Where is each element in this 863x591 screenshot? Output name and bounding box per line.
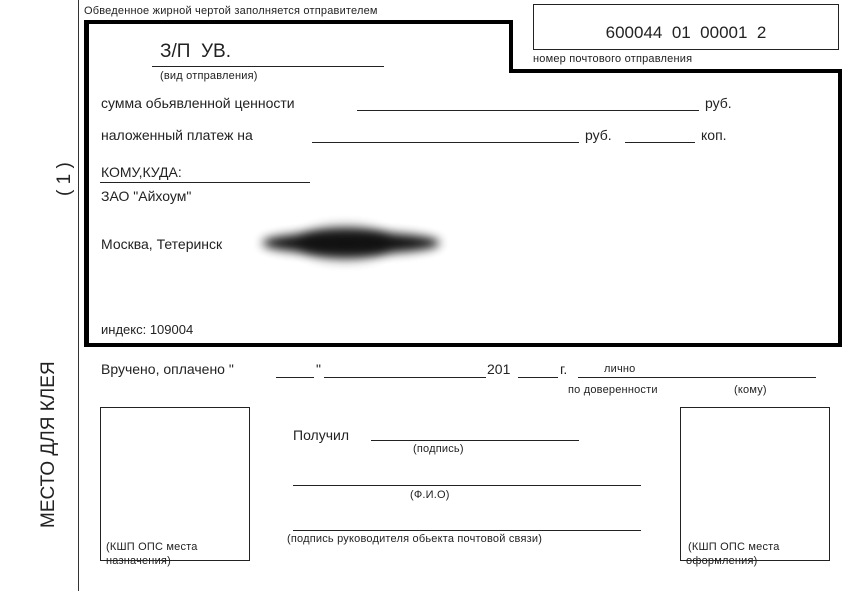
tracking-number-caption: номер почтового отправления: [533, 53, 692, 65]
stamp-origin-caption-1: (КШП ОПС места: [688, 541, 780, 553]
cod-kop-field[interactable]: [625, 142, 695, 143]
stamp-origin-caption-2: оформления): [686, 555, 758, 567]
shipment-type-caption: (вид отправления): [160, 70, 258, 82]
cod-label: наложенный платеж на: [101, 127, 253, 143]
delivered-year-suffix: г.: [560, 361, 567, 377]
cod-rub-unit: руб.: [585, 127, 612, 143]
stamp-destination-box: [100, 407, 250, 561]
delivered-year-field[interactable]: [518, 377, 558, 378]
manager-signature-field[interactable]: [293, 530, 641, 531]
cod-kop-unit: коп.: [701, 127, 727, 143]
stamp-origin-box: [680, 407, 830, 561]
redacted-address-overlay: [300, 228, 390, 258]
received-signature-field[interactable]: [371, 440, 579, 441]
delivered-month-field[interactable]: [324, 377, 486, 378]
recipient-label: КОМУ,КУДА:: [101, 164, 182, 180]
declared-value-unit: руб.: [705, 95, 732, 111]
stamp-destination-caption-1: (КШП ОПС места: [106, 541, 198, 553]
delivered-year-prefix: 201: [487, 361, 510, 377]
fio-caption: (Ф.И.О): [410, 489, 450, 501]
signature-caption: (подпись): [413, 443, 464, 455]
recipient-name[interactable]: ЗАО "Айхоум": [101, 188, 191, 204]
recipient-index[interactable]: индекс: 109004: [101, 322, 193, 337]
delivered-day-field[interactable]: [276, 377, 314, 378]
declared-value-label: сумма обьявленной ценности: [101, 95, 295, 111]
delivered-by-proxy: по доверенности: [568, 384, 658, 396]
delivered-label: Вручено, оплачено ": [101, 361, 234, 377]
sender-instruction: Обведенное жирной чертой заполняется отп…: [84, 5, 378, 17]
copy-number: ( 1 ): [54, 162, 76, 196]
delivered-to-field[interactable]: [578, 377, 816, 378]
shipment-type-underline: [152, 66, 384, 67]
received-label: Получил: [293, 427, 349, 443]
cod-rub-field[interactable]: [312, 142, 579, 143]
delivered-quote-close: ": [316, 361, 321, 377]
shipment-type-value[interactable]: З/П УВ.: [160, 41, 231, 63]
glue-area-label: МЕСТО ДЛЯ КЛЕЯ: [38, 361, 60, 528]
recipient-label-underline: [100, 182, 310, 183]
margin-divider: [78, 0, 79, 591]
fio-field[interactable]: [293, 485, 641, 486]
delivered-personally: лично: [604, 363, 636, 375]
tracking-number[interactable]: 600044 01 00001 2: [534, 23, 838, 43]
manager-signature-caption: (подпись руководителя обьекта почтовой с…: [287, 533, 542, 545]
delivered-to-whom: (кому): [734, 384, 767, 396]
stamp-destination-caption-2: назначения): [106, 555, 171, 567]
recipient-address[interactable]: Москва, Тетеринск: [101, 236, 222, 252]
tracking-number-box: 600044 01 00001 2: [533, 4, 839, 50]
declared-value-field[interactable]: [357, 110, 699, 111]
